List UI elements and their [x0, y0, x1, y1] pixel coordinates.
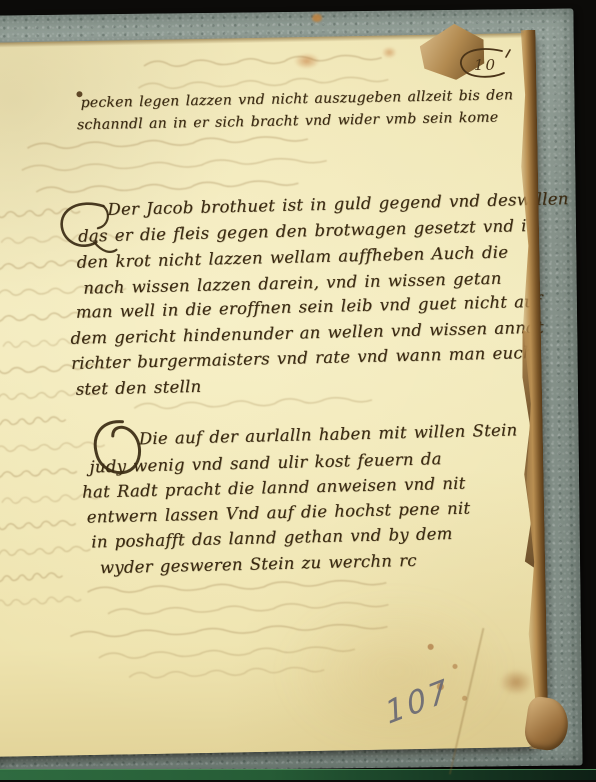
manuscript-page: pecken legen lazzen vnd nicht auszugeben…: [0, 33, 546, 757]
folio-number: 10: [474, 56, 497, 74]
stain-on-board: [312, 14, 322, 22]
bottom-green-strip: [0, 769, 596, 780]
handwriting-line: stet den stelln: [75, 377, 201, 399]
folio-number-mark: 10: [454, 44, 514, 84]
manuscript-scan: pecken legen lazzen vnd nicht auszugeben…: [0, 0, 596, 782]
